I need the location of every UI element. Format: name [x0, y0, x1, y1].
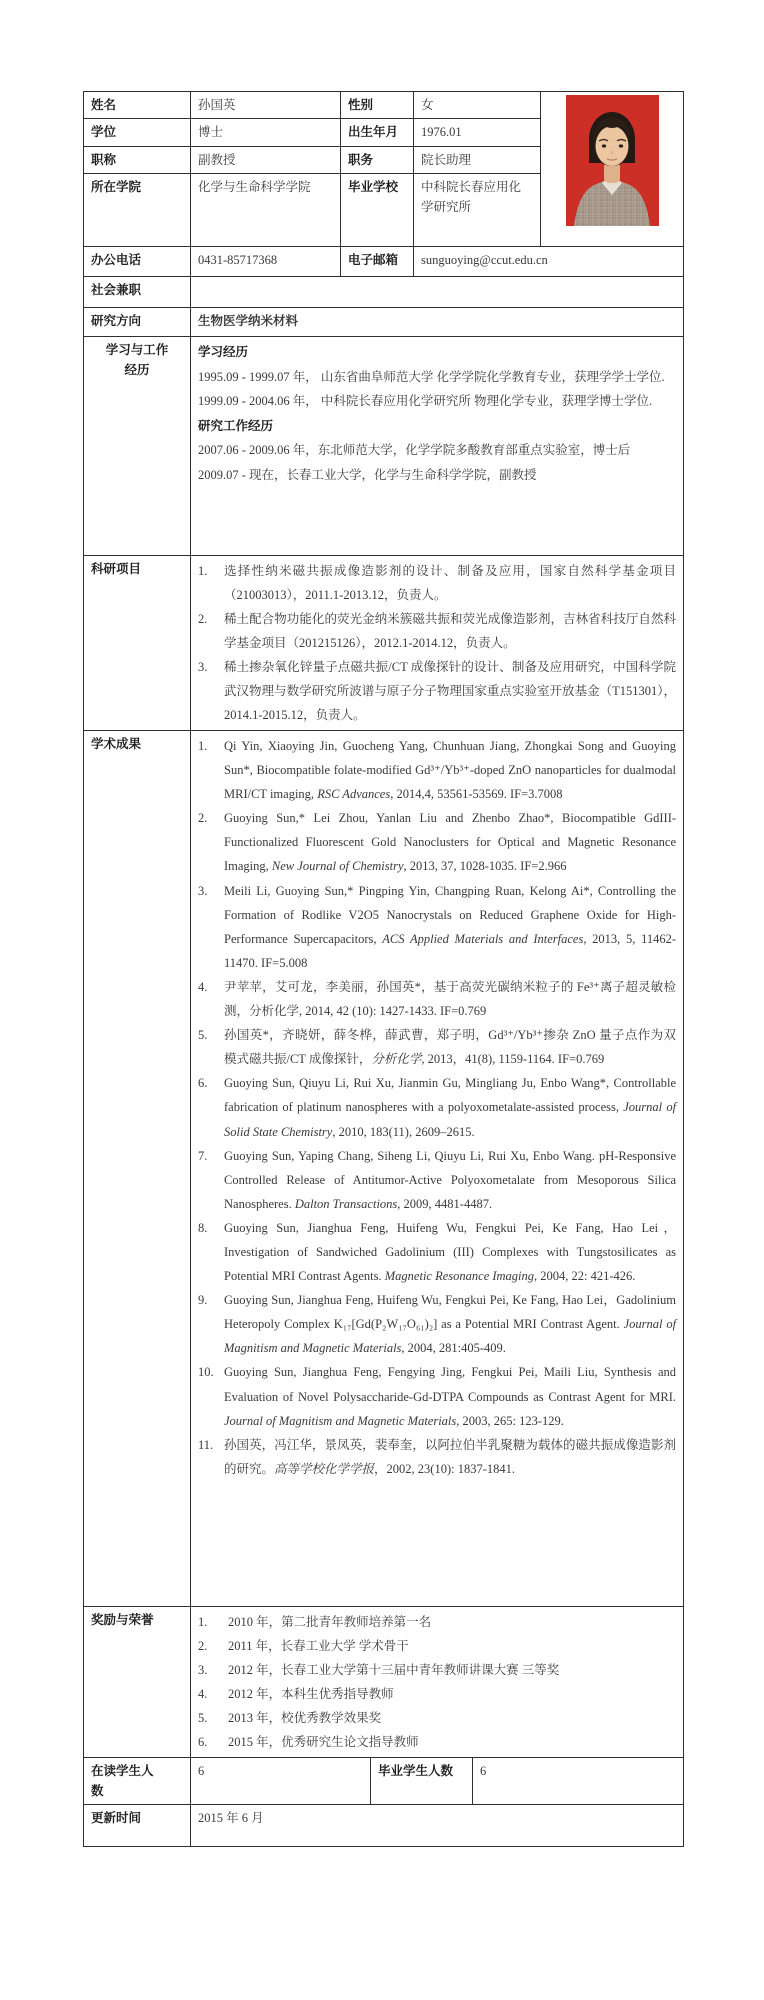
- project-text: 选择性纳米磁共振成像造影剂的设计、制备及应用，国家自然科学基金项目（210030…: [224, 559, 676, 607]
- email-value: sunguoying@ccut.edu.cn: [414, 247, 684, 277]
- publication-number: 4.: [198, 975, 224, 1023]
- work-item: 2007.06 - 2009.06 年，东北师范大学，化学学院多酸教育部重点实验…: [198, 438, 676, 463]
- publication-number: 11.: [198, 1433, 224, 1481]
- degree-value: 博士: [191, 119, 341, 147]
- publication-text: Guoying Sun, Jianghua Feng, Huifeng Wu, …: [224, 1288, 676, 1360]
- publication-number: 7.: [198, 1144, 224, 1216]
- publication-number: 6.: [198, 1071, 224, 1143]
- social-label: 社会兼职: [84, 277, 191, 308]
- projects-label: 科研项目: [84, 556, 191, 731]
- school-value: 中科院长春应用化学研究所: [414, 174, 541, 247]
- row-students: 在读学生人 数 6 毕业学生人数 6: [84, 1758, 684, 1805]
- journal-name: Magnetic Resonance Imaging: [385, 1269, 534, 1283]
- current-students-label: 在读学生人 数: [84, 1758, 191, 1805]
- publication-item: 11. 孙国英，冯江华，景凤英，裴奉奎，以阿拉伯半乳聚糖为载体的磁共振成像造影剂…: [198, 1433, 676, 1481]
- publication-item: 9. Guoying Sun, Jianghua Feng, Huifeng W…: [198, 1288, 676, 1360]
- birth-label: 出生年月: [341, 119, 414, 147]
- publication-item: 4. 尹苹苹，艾可龙，李美丽，孙国英*，基于高荧光碳纳米粒子的 Fe³⁺离子超灵…: [198, 975, 676, 1023]
- publication-number: 8.: [198, 1216, 224, 1288]
- publication-text: 尹苹苹，艾可龙，李美丽，孙国英*，基于高荧光碳纳米粒子的 Fe³⁺离子超灵敏检测…: [224, 975, 676, 1023]
- row-phone-email: 办公电话 0431-85717368 电子邮箱 sunguoying@ccut.…: [84, 247, 684, 277]
- publication-text: Guoying Sun, Yaping Chang, Siheng Li, Qi…: [224, 1144, 676, 1216]
- study-item: 1999.09 - 2004.06 年， 中科院长春应用化学研究所 物理化学专业…: [198, 389, 676, 414]
- award-item: 3. 2012 年，长春工业大学第十三届中青年教师讲课大赛 三等奖: [198, 1658, 676, 1682]
- publication-text: Guoying Sun, Qiuyu Li, Rui Xu, Jianmin G…: [224, 1071, 676, 1143]
- award-item: 5. 2013 年，校优秀教学效果奖: [198, 1706, 676, 1730]
- project-item: 2. 稀土配合物功能化的荧光金纳米簇磁共振和荧光成像造影剂，吉林省科技厅自然科学…: [198, 607, 676, 655]
- work-item: 2009.07 - 现在，长春工业大学，化学与生命科学学院，副教授: [198, 463, 676, 488]
- publication-number: 2.: [198, 806, 224, 878]
- row-achievements: 学术成果 1. Qi Yin, Xiaoying Jin, Guocheng Y…: [84, 731, 684, 1607]
- position-value: 院长助理: [414, 147, 541, 174]
- phone-label: 办公电话: [84, 247, 191, 277]
- study-history-header: 学习经历: [198, 340, 676, 365]
- publication-item: 8. Guoying Sun, Jianghua Feng, Huifeng W…: [198, 1216, 676, 1288]
- award-item: 2. 2011 年，长春工业大学 学术骨干: [198, 1634, 676, 1658]
- project-item: 3. 稀土掺杂氧化锌量子点磁共振/CT 成像探针的设计、制备及应用研究，中国科学…: [198, 655, 676, 727]
- publication-number: 10.: [198, 1360, 224, 1432]
- email-label: 电子邮箱: [341, 247, 414, 277]
- projects-list: 1. 选择性纳米磁共振成像造影剂的设计、制备及应用，国家自然科学基金项目（210…: [191, 556, 684, 731]
- publication-number: 1.: [198, 734, 224, 806]
- publication-item: 3. Meili Li, Guoying Sun,* Pingping Yin,…: [198, 879, 676, 975]
- publication-item: 7. Guoying Sun, Yaping Chang, Siheng Li,…: [198, 1144, 676, 1216]
- experience-content: 学习经历 1995.09 - 1999.07 年， 山东省曲阜师范大学 化学学院…: [191, 337, 684, 556]
- journal-name: RSC Advances: [317, 787, 390, 801]
- award-item: 6. 2015 年，优秀研究生论文指导教师: [198, 1730, 676, 1754]
- publication-text: 孙国英*，齐晓妍，薛冬桦，薛武曹，郑子明，Gd³⁺/Yb³⁺掺杂 ZnO 量子点…: [224, 1023, 676, 1071]
- award-item: 4. 2012 年，本科生优秀指导教师: [198, 1682, 676, 1706]
- research-label: 研究方向: [84, 308, 191, 337]
- row-updated: 更新时间 2015 年 6 月: [84, 1805, 684, 1847]
- graduated-students-label: 毕业学生人数: [371, 1758, 473, 1805]
- row-social: 社会兼职: [84, 277, 684, 308]
- publication-text: 孙国英，冯江华，景凤英，裴奉奎，以阿拉伯半乳聚糖为载体的磁共振成像造影剂的研究。…: [224, 1433, 676, 1481]
- publication-text: Qi Yin, Xiaoying Jin, Guocheng Yang, Chu…: [224, 734, 676, 806]
- row-awards: 奖励与荣誉 1. 2010 年，第二批青年教师培养第一名 2. 2011 年，长…: [84, 1607, 684, 1758]
- birth-value: 1976.01: [414, 119, 541, 147]
- project-number: 1.: [198, 559, 224, 607]
- publication-item: 10. Guoying Sun, Jianghua Feng, Fengying…: [198, 1360, 676, 1432]
- row-projects: 科研项目 1. 选择性纳米磁共振成像造影剂的设计、制备及应用，国家自然科学基金项…: [84, 556, 684, 731]
- row-name-gender: 姓名 孙国英 性别 女: [84, 92, 684, 119]
- cv-table: 姓名 孙国英 性别 女: [83, 91, 684, 1847]
- publication-text: Guoying Sun,* Lei Zhou, Yanlan Liu and Z…: [224, 806, 676, 878]
- journal-name: Journal of Magnitism and Magnetic Materi…: [224, 1414, 456, 1428]
- project-number: 2.: [198, 607, 224, 655]
- journal-name: 分析化学: [371, 1052, 421, 1066]
- phone-value: 0431-85717368: [191, 247, 341, 277]
- title-value: 副教授: [191, 147, 341, 174]
- position-label: 职务: [341, 147, 414, 174]
- gender-label: 性别: [341, 92, 414, 119]
- experience-label-line1: 学习与工作: [91, 340, 183, 360]
- awards-label: 奖励与荣誉: [84, 1607, 191, 1758]
- name-value: 孙国英: [191, 92, 341, 119]
- cv-page: 姓名 孙国英 性别 女: [0, 0, 764, 2000]
- research-value: 生物医学纳米材料: [191, 308, 684, 337]
- degree-label: 学位: [84, 119, 191, 147]
- publication-item: 1. Qi Yin, Xiaoying Jin, Guocheng Yang, …: [198, 734, 676, 806]
- college-label: 所在学院: [84, 174, 191, 247]
- publication-item: 2. Guoying Sun,* Lei Zhou, Yanlan Liu an…: [198, 806, 676, 878]
- publication-number: 5.: [198, 1023, 224, 1071]
- work-history-header: 研究工作经历: [198, 414, 676, 439]
- project-number: 3.: [198, 655, 224, 727]
- publication-number: 3.: [198, 879, 224, 975]
- achievements-list: 1. Qi Yin, Xiaoying Jin, Guocheng Yang, …: [191, 731, 684, 1607]
- updated-value: 2015 年 6 月: [191, 1805, 684, 1847]
- project-text: 稀土掺杂氧化锌量子点磁共振/CT 成像探针的设计、制备及应用研究，中国科学院武汉…: [224, 655, 676, 727]
- experience-label-line2: 经历: [91, 360, 183, 380]
- journal-name: 高等学校化学学报: [274, 1462, 374, 1476]
- name-label: 姓名: [84, 92, 191, 119]
- college-value: 化学与生命科学学院: [191, 174, 341, 247]
- title-label: 职称: [84, 147, 191, 174]
- awards-list: 1. 2010 年，第二批青年教师培养第一名 2. 2011 年，长春工业大学 …: [191, 1607, 684, 1758]
- school-label: 毕业学校: [341, 174, 414, 247]
- publication-number: 9.: [198, 1288, 224, 1360]
- publication-text: Guoying Sun, Jianghua Feng, Fengying Jin…: [224, 1360, 676, 1432]
- publication-item: 6. Guoying Sun, Qiuyu Li, Rui Xu, Jianmi…: [198, 1071, 676, 1143]
- social-value: [191, 277, 684, 308]
- profile-photo: [566, 95, 659, 226]
- achievements-label: 学术成果: [84, 731, 191, 1607]
- project-text: 稀土配合物功能化的荧光金纳米簇磁共振和荧光成像造影剂，吉林省科技厅自然科学基金项…: [224, 607, 676, 655]
- publication-text: Guoying Sun, Jianghua Feng, Huifeng Wu, …: [224, 1216, 676, 1288]
- journal-name: New Journal of Chemistry: [272, 859, 404, 873]
- experience-label: 学习与工作 经历: [84, 337, 191, 556]
- row-research: 研究方向 生物医学纳米材料: [84, 308, 684, 337]
- photo-cell: [541, 92, 684, 247]
- current-students-count: 6: [191, 1758, 371, 1805]
- study-item: 1995.09 - 1999.07 年， 山东省曲阜师范大学 化学学院化学教育专…: [198, 365, 676, 390]
- publication-item: 5. 孙国英*，齐晓妍，薛冬桦，薛武曹，郑子明，Gd³⁺/Yb³⁺掺杂 ZnO …: [198, 1023, 676, 1071]
- award-item: 1. 2010 年，第二批青年教师培养第一名: [198, 1610, 676, 1634]
- row-experience: 学习与工作 经历 学习经历 1995.09 - 1999.07 年， 山东省曲阜…: [84, 337, 684, 556]
- updated-label: 更新时间: [84, 1805, 191, 1847]
- project-item: 1. 选择性纳米磁共振成像造影剂的设计、制备及应用，国家自然科学基金项目（210…: [198, 559, 676, 607]
- graduated-students-count: 6: [473, 1758, 684, 1805]
- publication-text: Meili Li, Guoying Sun,* Pingping Yin, Ch…: [224, 879, 676, 975]
- journal-name: Dalton Transactions: [295, 1197, 397, 1211]
- gender-value: 女: [414, 92, 541, 119]
- journal-name: ACS Applied Materials and Interfaces: [382, 932, 583, 946]
